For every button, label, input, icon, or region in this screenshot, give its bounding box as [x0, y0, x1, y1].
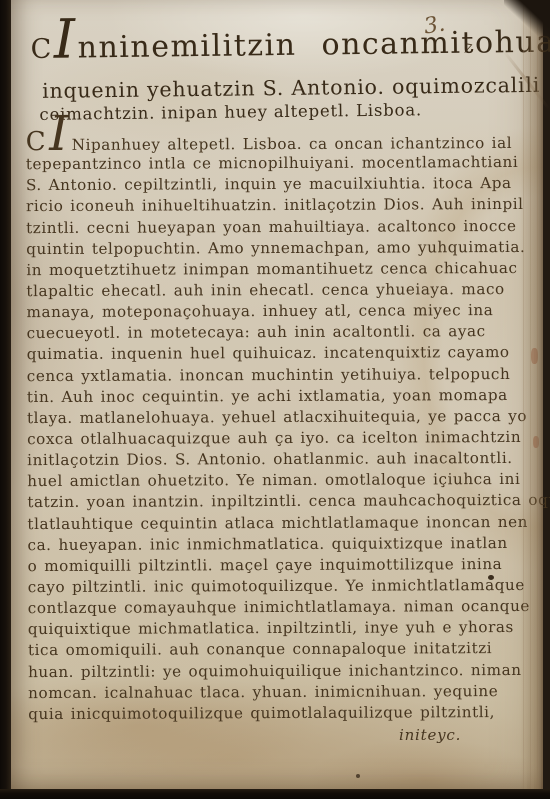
- heading-line-3: ceimachtzin. inipan huey altepetl. Lisbo…: [39, 99, 531, 124]
- body-line: tica omomiquili. auh conanque connapaloq…: [28, 639, 528, 662]
- body-line: nomcan. icalnahuac tlaca. yhuan. inimicn…: [28, 682, 528, 705]
- manuscript-photo: 3. 7 C I nninemilitzin oncanmitohua inqu…: [0, 0, 550, 799]
- heading-line-2: inquenin yehuatzin S. Antonio. oquimozca…: [42, 73, 531, 103]
- body-line: C I Nipanhuey altepetl. Lisboa. ca oncan…: [26, 132, 526, 155]
- body-line: tatzin. yoan inantzin. inpiltzintli. cen…: [27, 491, 527, 514]
- chapter-heading: C I nninemilitzin oncanmitohua inquenin …: [30, 25, 531, 124]
- body-line: contlazque comayauhque inimichtlatlamaya…: [28, 597, 528, 620]
- body-line: tlapaltic ehecatl. auh inin ehecatl. cen…: [26, 280, 526, 303]
- body-line: tzintli. cecni hueyapan yoan mahuiltiaya…: [26, 216, 526, 239]
- body-line: ca. hueyapan. inic inmichmatlatica. quiq…: [27, 534, 527, 557]
- body-line: cuecueyotl. in motetecaya: auh inin acal…: [27, 322, 527, 345]
- body-line: in moquetztihuetz inimpan momantihuetz c…: [26, 259, 526, 282]
- body-line-1-text: Nipanhuey altepetl. Lisboa. ca oncan ich…: [72, 134, 512, 154]
- body-line: coxca otlalhuacaquizque auh ça iyo. ca i…: [27, 428, 527, 451]
- manuscript-page: 3. 7 C I nninemilitzin oncanmitohua inqu…: [11, 0, 543, 789]
- body-line: quiquixtique michmatlatica. inpiltzintli…: [28, 618, 528, 641]
- body-line: huel amictlan ohuetzito. Ye niman. omotl…: [27, 470, 527, 493]
- body-line: quimatia. inquenin huel quihuicaz. incat…: [27, 343, 527, 366]
- body-line: tlaya. matlanelohuaya. yehuel atlacxihui…: [27, 407, 527, 430]
- ink-speck: [356, 774, 360, 778]
- body-line: quintin telpopuchtin. Amo ynnemachpan, a…: [26, 238, 526, 261]
- photo-corner-shadow: [504, 0, 550, 40]
- body-line: quia inicquimotoquilizque quimotlalaquil…: [28, 703, 528, 726]
- body-line: tlatlauhtique cequintin atlaca michtlatl…: [27, 512, 527, 535]
- body-line: cayo piltzintli. inic quimotoquilizque. …: [28, 576, 528, 599]
- photo-bottom-edge: [0, 789, 550, 799]
- body-line: tepepantzinco intla ce micnopilhuiyani. …: [26, 153, 526, 176]
- body-line: huan. piltzintli: ye oquimohuiquilique i…: [28, 660, 528, 683]
- stacked-page-edges: [520, 0, 543, 789]
- ink-speck: [488, 575, 494, 580]
- body-line: o momiquilli piltzintli. maçel çaye inqu…: [28, 555, 528, 578]
- body-line: S. Antonio. cepiltzintli, inquin ye macu…: [26, 174, 526, 197]
- body-text: C I Nipanhuey altepetl. Lisboa. ca oncan…: [26, 132, 529, 726]
- body-line: tin. Auh inoc cequintin. ye achi ixtlama…: [27, 386, 527, 409]
- heading-line-1-text: nninemilitzin oncanmitohua: [77, 25, 550, 66]
- body-line: manaya, moteponaçohuaya. inhuey atl, cen…: [26, 301, 526, 324]
- book-gutter-binding: [0, 0, 11, 799]
- heading-line-1: C I nninemilitzin oncanmitohua: [30, 25, 531, 75]
- body-line: ricio iconeuh inihueltihuatzin. initlaço…: [26, 195, 526, 218]
- body-line: cenca yxtlamatia. inoncan muchintin yeti…: [27, 364, 527, 387]
- catchword: initeyc.: [399, 726, 461, 744]
- body-line: initlaçotzin Dios. S. Antonio. ohatlanmi…: [27, 449, 527, 472]
